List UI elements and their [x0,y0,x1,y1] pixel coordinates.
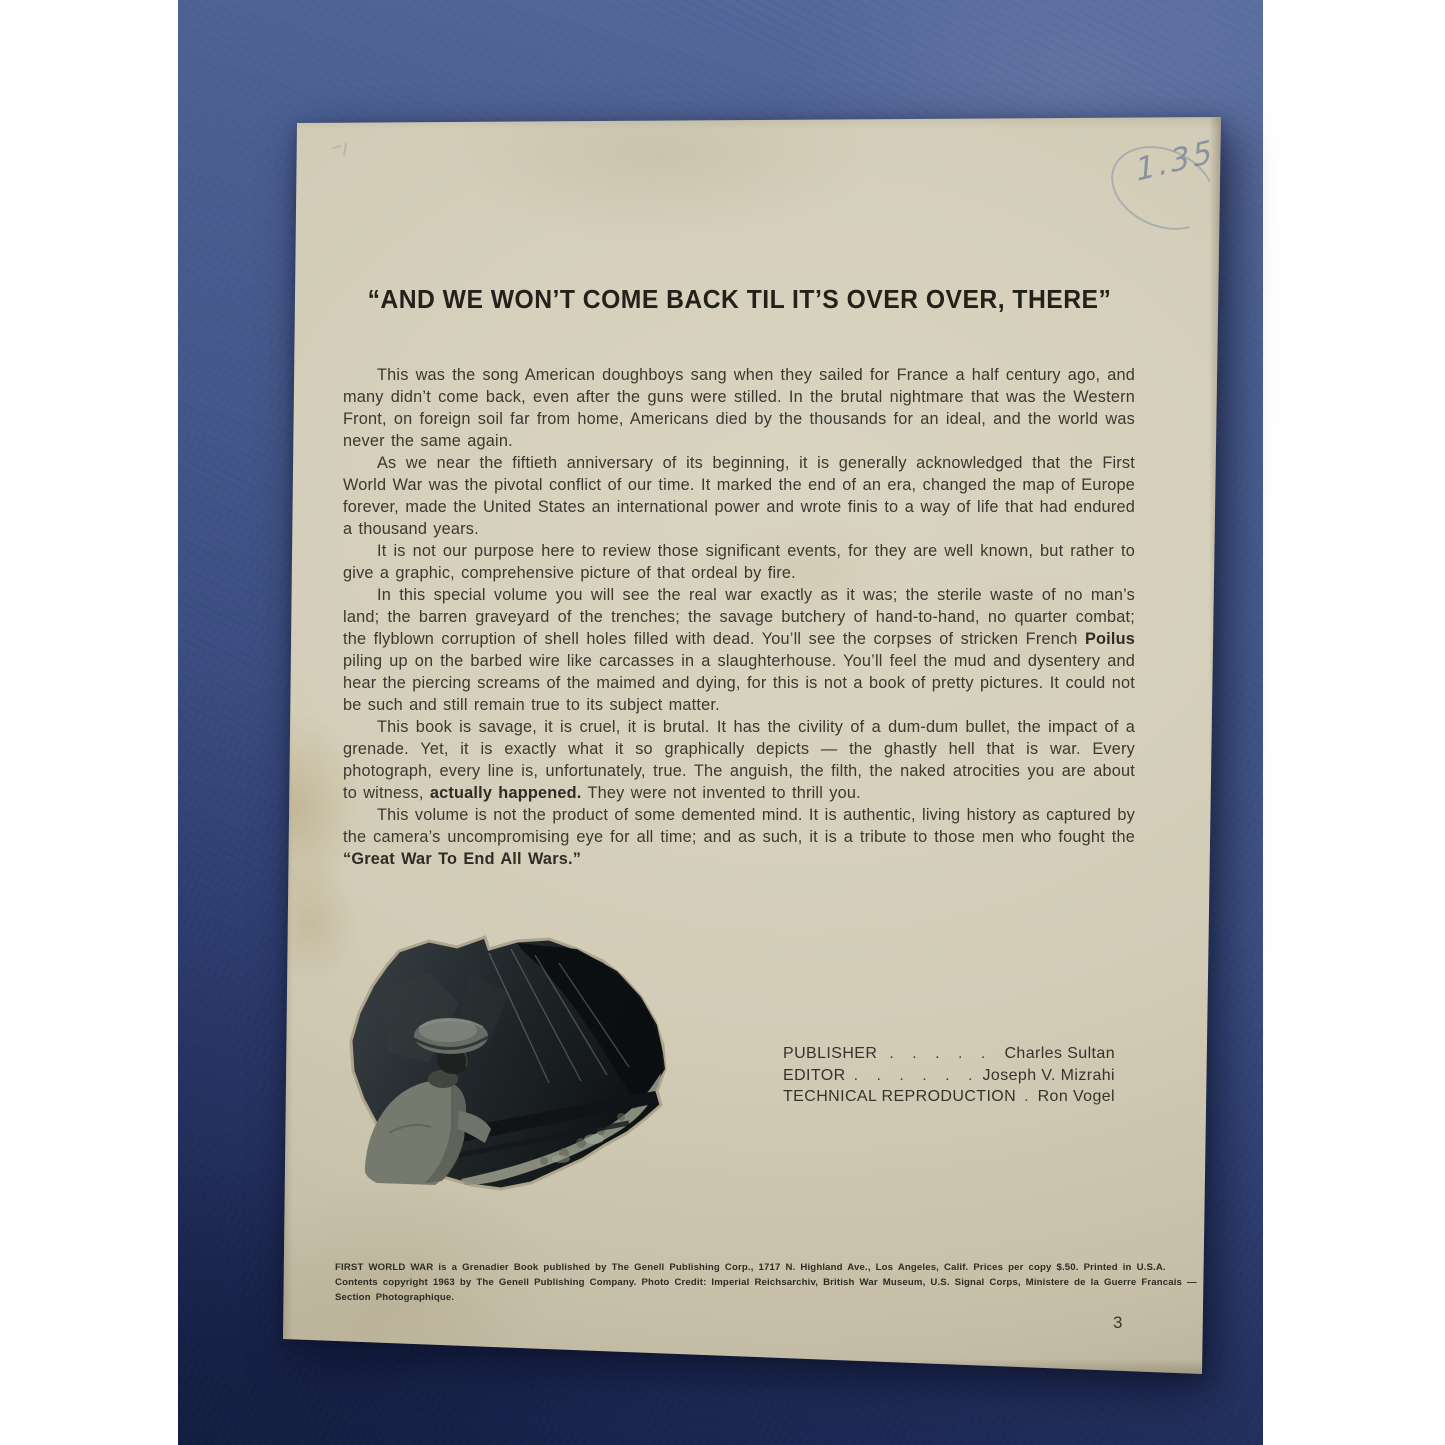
credit-row: TECHNICAL REPRODUCTION. .Ron Vogel [783,1086,1115,1108]
photo-scene: 1.35 “AND WE WON’T COME BACK TIL IT’S OV… [0,0,1445,1445]
credits-list: PUBLISHER. . . . .Charles SultanEDITOR. … [783,1043,1115,1108]
credit-dot-leader: . . . . . [877,1043,1004,1065]
magazine-back-page: 1.35 “AND WE WON’T COME BACK TIL IT’S OV… [283,117,1223,1375]
credit-label: TECHNICAL REPRODUCTION [783,1086,1016,1108]
credit-row: PUBLISHER. . . . .Charles Sultan [783,1043,1115,1065]
white-margin-right [1263,0,1445,1445]
paragraph-4: In this special volume you will see the … [343,584,1135,716]
paragraph-2: As we near the fiftieth anniversary of i… [343,452,1135,540]
paragraph-6: This volume is not the product of some d… [343,804,1135,870]
credit-dot-leader: . . [1016,1086,1037,1108]
credit-row: EDITOR. . . . . . .Joseph V. Mizrahi [783,1065,1115,1087]
credit-name: Joseph V. Mizrahi [983,1065,1116,1087]
trench-soldier-illustration [339,933,673,1197]
colophon-line: FIRST WORLD WAR is a Grenadier Book publ… [335,1260,1165,1275]
torn-photo-blob [351,937,665,1189]
page-title-text: “AND WE WON’T COME BACK TIL IT’S OVER OV… [367,283,1111,315]
credit-dot-leader: . . . . . . . [846,1065,983,1087]
body-text: This was the song American doughboys san… [343,364,1135,870]
colophon-line: Contents copyright 1963 by The Genell Pu… [335,1275,1165,1290]
white-margin-left [0,0,178,1445]
credit-name: Ron Vogel [1038,1086,1115,1108]
credit-label: EDITOR [783,1065,846,1087]
page-number: 3 [1113,1313,1143,1333]
pencil-scribble [332,143,362,163]
page-title: “AND WE WON’T COME BACK TIL IT’S OVER OV… [343,283,1135,315]
paragraph-1: This was the song American doughboys san… [343,364,1135,452]
paragraph-5: This book is savage, it is cruel, it is … [343,716,1135,804]
paragraph-3: It is not our purpose here to review tho… [343,540,1135,584]
credit-label: PUBLISHER [783,1043,877,1065]
handwritten-price: 1.35 [1109,135,1229,231]
colophon: FIRST WORLD WAR is a Grenadier Book publ… [335,1260,1165,1305]
colophon-line: Section Photographique. [335,1290,1165,1305]
page-paper: 1.35 “AND WE WON’T COME BACK TIL IT’S OV… [283,117,1223,1375]
credit-name: Charles Sultan [1004,1043,1115,1065]
